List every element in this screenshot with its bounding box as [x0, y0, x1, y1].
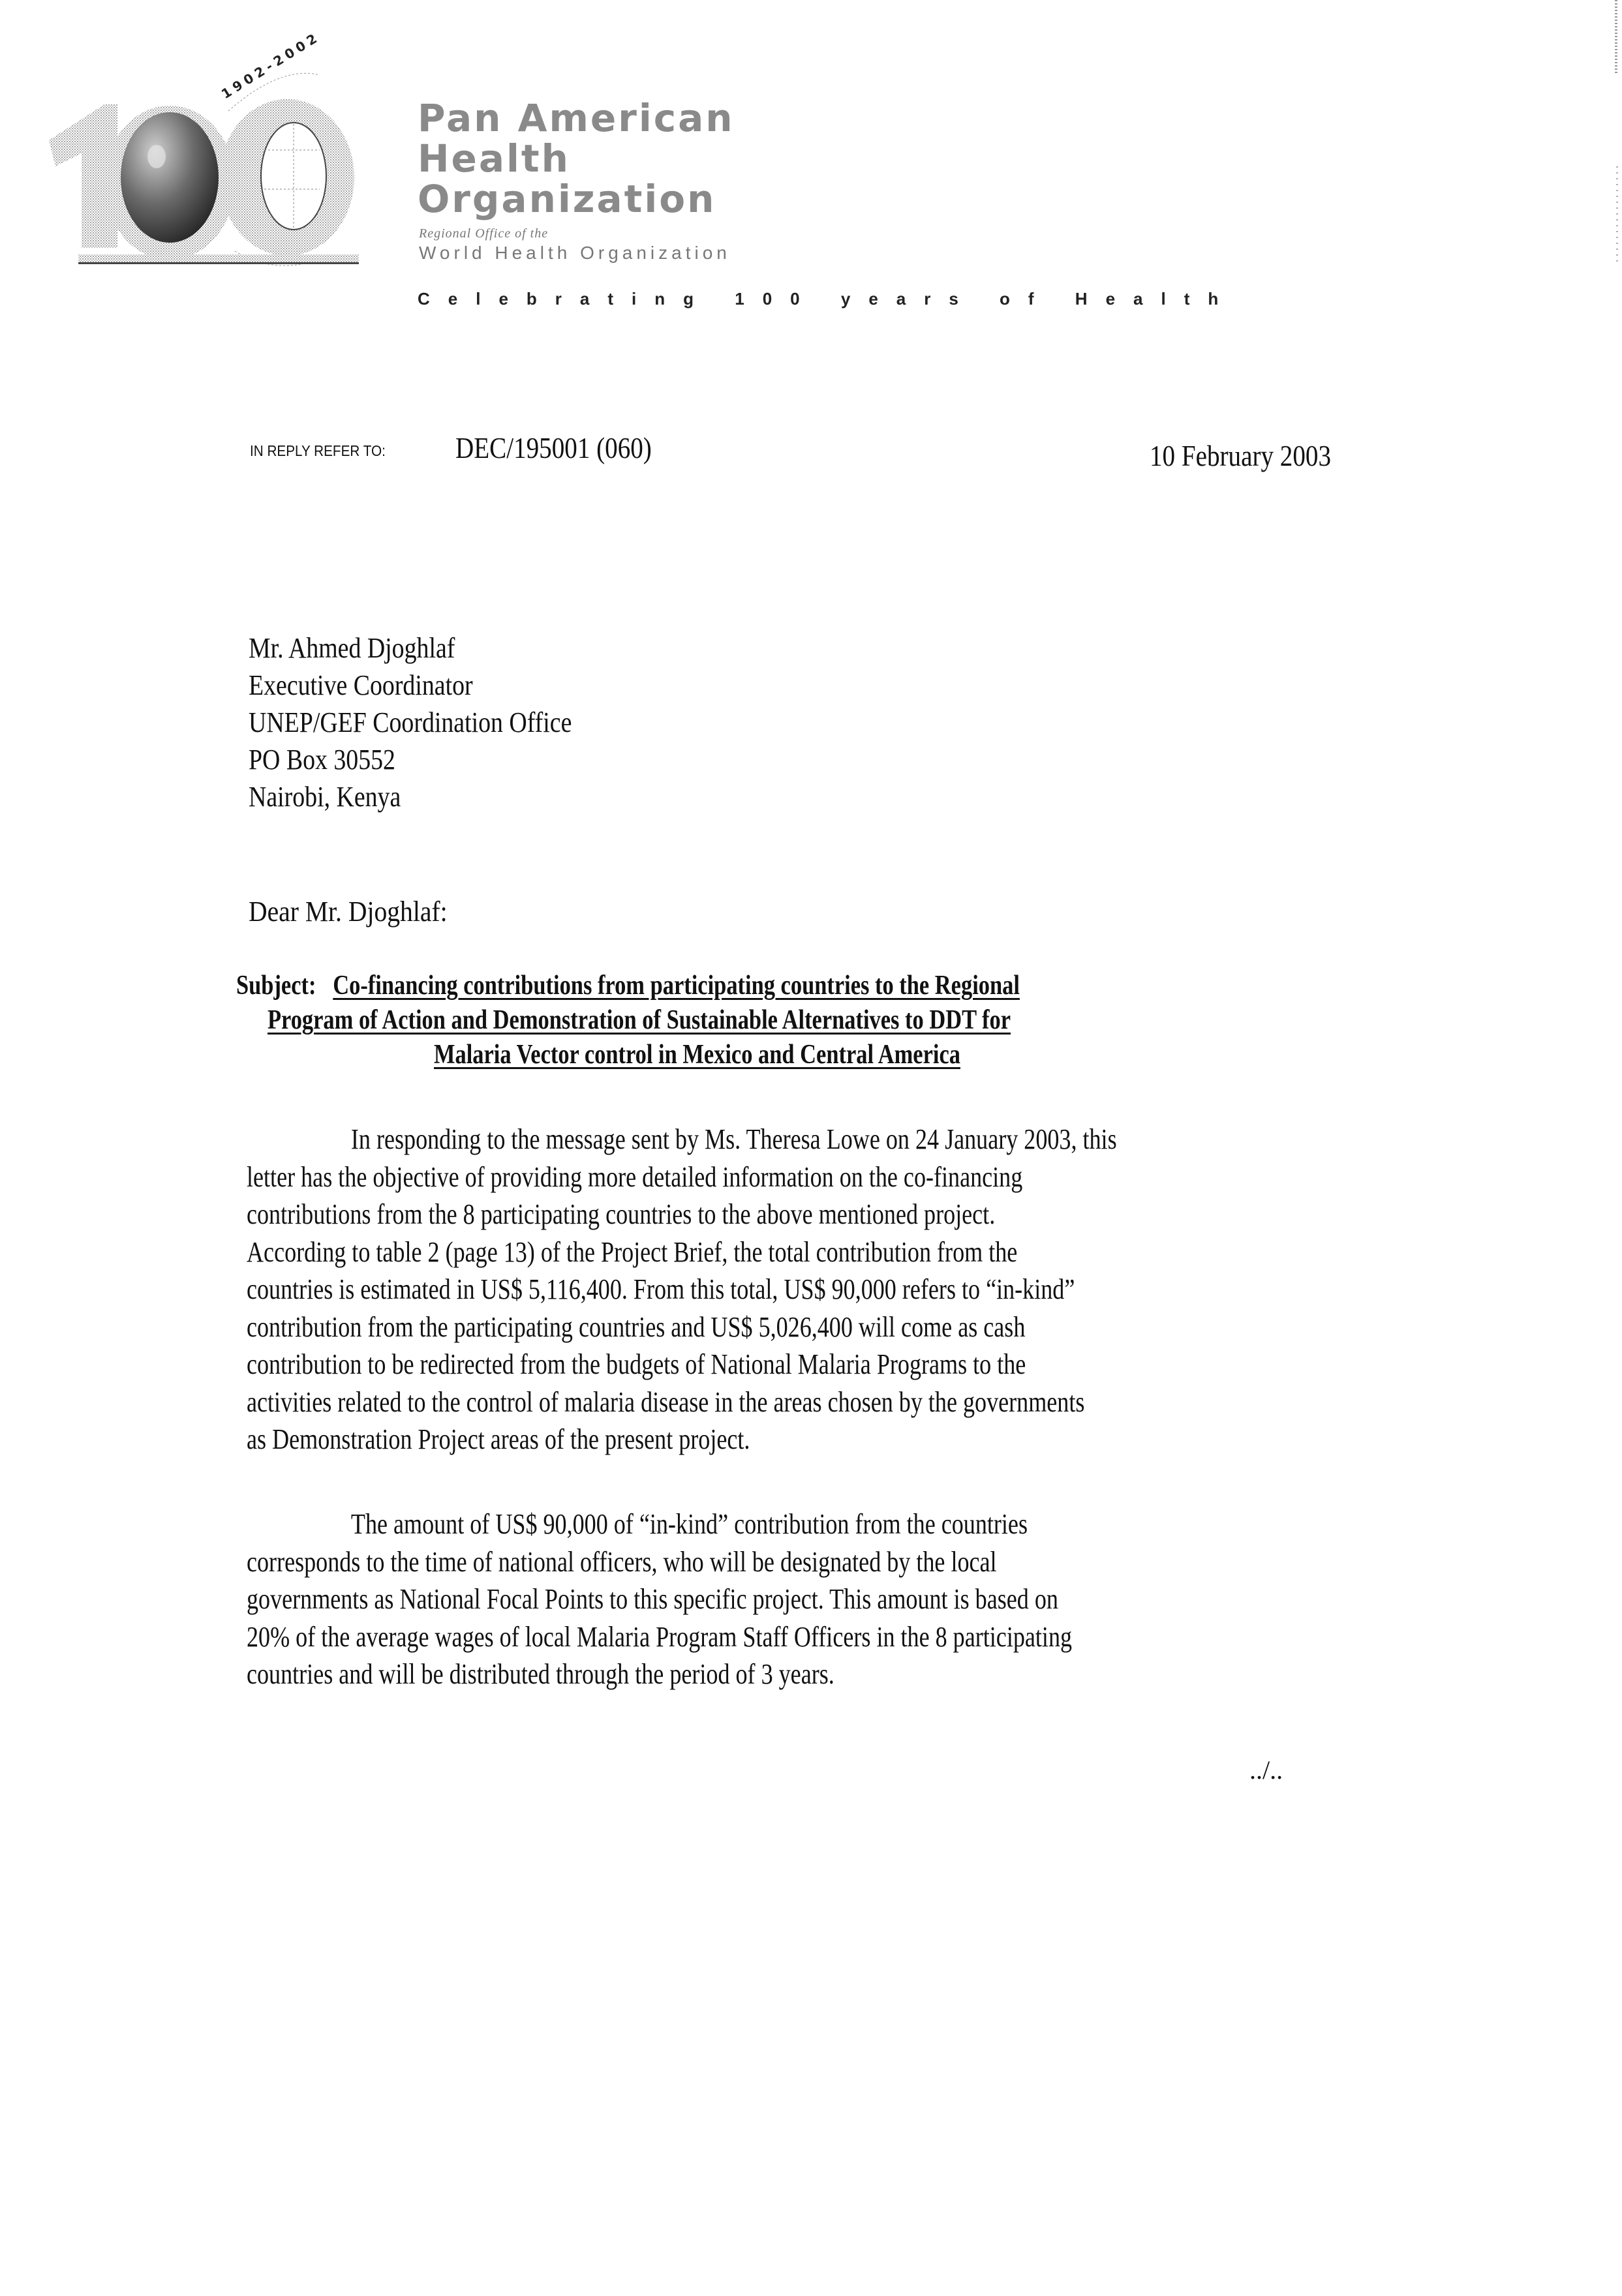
paragraph-line: According to table 2 (page 13) of the Pr…: [247, 1233, 1226, 1271]
paragraph-line: contribution from the participating coun…: [247, 1308, 1226, 1346]
org-name: Pan American Health Organization: [418, 98, 735, 219]
paragraph-line: In responding to the message sent by Ms.…: [247, 1121, 1226, 1158]
paragraph-line: contribution to be redirected from the b…: [247, 1346, 1226, 1383]
reply-reference-code: DEC/195001 (060): [455, 430, 652, 465]
paragraph-line: activities related to the control of mal…: [247, 1383, 1226, 1421]
parent-org-name: World Health Organization: [419, 243, 731, 264]
paragraph-line: 20% of the average wages of local Malari…: [247, 1618, 1226, 1656]
subject-line-2: Program of Action and Demonstration of S…: [268, 1005, 1011, 1035]
paragraph-line: governments as National Focal Points to …: [247, 1580, 1226, 1618]
paragraph-line: contributions from the 8 participating c…: [247, 1196, 1226, 1233]
regional-office-label: Regional Office of the: [419, 226, 548, 241]
org-name-line-1: Pan American: [418, 98, 735, 138]
body-paragraph-2: The amount of US$ 90,000 of “in-kind” co…: [247, 1505, 1441, 1693]
reply-reference-label: IN REPLY REFER TO:: [250, 442, 386, 460]
centennial-100-globe-icon: 1902-2002: [33, 26, 372, 274]
tagline: Celebrating 100 years of Health: [418, 289, 1236, 309]
recipient-office: UNEP/GEF Coordination Office: [249, 704, 572, 741]
letter-date: 10 February 2003: [1150, 438, 1331, 473]
recipient-title: Executive Coordinator: [249, 667, 572, 704]
org-name-line-2: Health: [418, 138, 735, 179]
paragraph-line: letter has the objective of providing mo…: [247, 1158, 1226, 1196]
salutation: Dear Mr. Djoghlaf:: [249, 895, 448, 928]
scan-edge-artifact: [1616, 166, 1618, 264]
recipient-name: Mr. Ahmed Djoghlaf: [249, 629, 572, 667]
continuation-mark: ../..: [1249, 1755, 1283, 1785]
recipient-address: Mr. Ahmed Djoghlaf Executive Coordinator…: [249, 629, 624, 815]
paragraph-line: corresponds to the time of national offi…: [247, 1543, 1226, 1581]
paho-centennial-logo: 1902-2002: [33, 26, 372, 274]
scan-edge-artifact: [1615, 0, 1617, 75]
subject-line-1: Co-financing contributions from particip…: [333, 971, 1020, 1001]
logo-years: 1902-2002: [219, 29, 323, 102]
recipient-city: Nairobi, Kenya: [249, 778, 572, 815]
org-name-line-3: Organization: [418, 179, 735, 219]
paragraph-line: as Demonstration Project areas of the pr…: [247, 1421, 1226, 1458]
recipient-po-box: PO Box 30552: [249, 741, 572, 778]
paragraph-line: countries is estimated in US$ 5,116,400.…: [247, 1271, 1226, 1308]
subject-line-3: Malaria Vector control in Mexico and Cen…: [434, 1040, 960, 1070]
paragraph-line: countries and will be distributed throug…: [247, 1655, 1226, 1693]
body-paragraph-1: In responding to the message sent by Ms.…: [247, 1121, 1441, 1458]
subject-label: Subject:: [236, 971, 316, 1001]
paragraph-line: The amount of US$ 90,000 of “in-kind” co…: [247, 1505, 1226, 1543]
